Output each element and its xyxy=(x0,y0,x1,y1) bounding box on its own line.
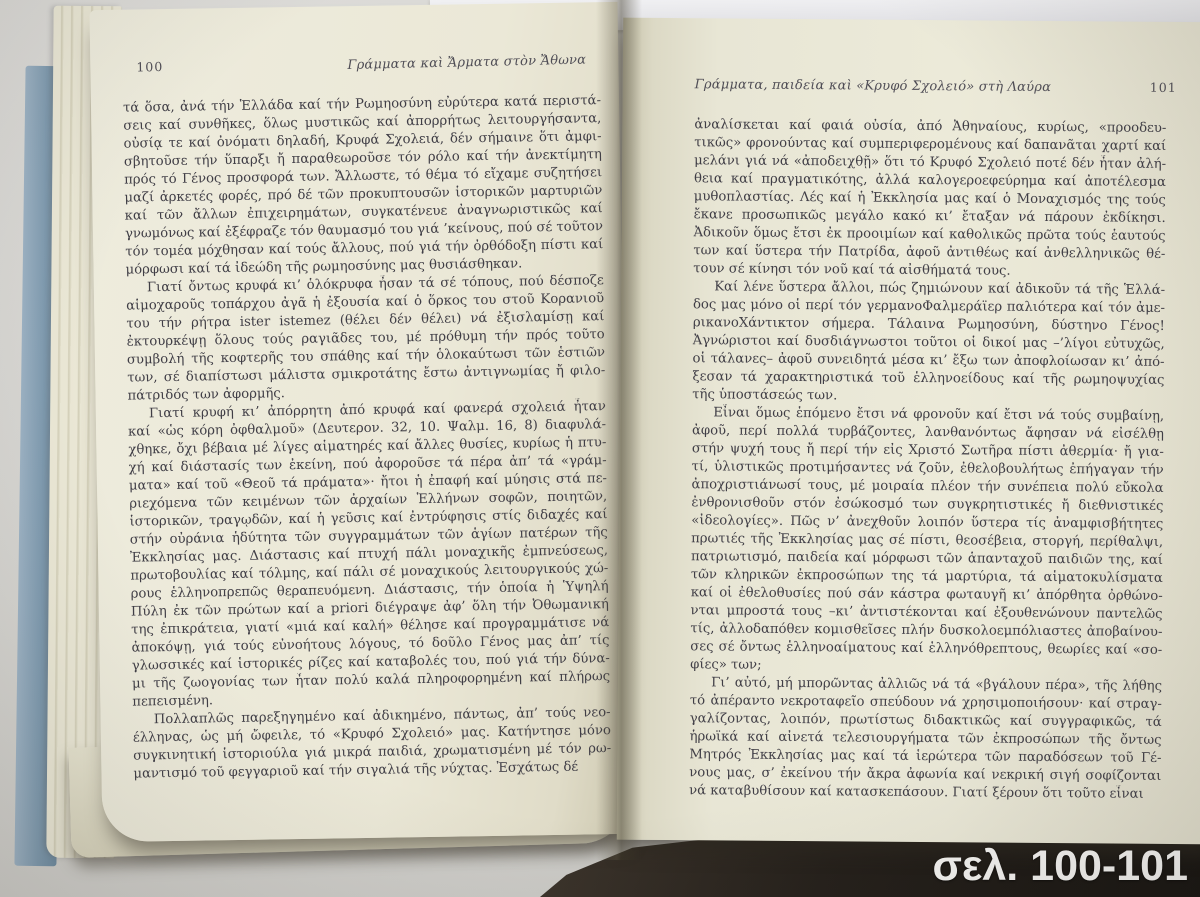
page-body-right: ἀναλίσκεται καί φαιά οὐσία, ἀπό Ἀθηναίου… xyxy=(689,116,1166,804)
paragraph: Γιατί ὄντως κρυφά κι’ ὁλόκρυφα ἦσαν τά σ… xyxy=(126,272,606,405)
paragraph: Εἶναι ὅμως ἑπόμενο ἔτσι νά φρονοῦν καί ἔ… xyxy=(690,404,1164,678)
book-photo: 100 Γράμματα καὶ Ἄρματα στὸν Ἄθωνα τά ὅσ… xyxy=(0,0,1200,897)
running-head-left: Γράμματα καὶ Ἄρματα στὸν Ἄθωνα xyxy=(347,53,586,73)
page-header-left: 100 Γράμματα καὶ Ἄρματα στὸν Ἄθωνα xyxy=(122,52,590,75)
book-page-left: 100 Γράμματα καὶ Ἄρματα στὸν Ἄθωνα τά ὅσ… xyxy=(89,2,630,842)
page-number-left: 100 xyxy=(136,59,163,74)
paragraph: Πολλαπλῶς παρεξηγημένο καί ἀδικημένο, πά… xyxy=(133,704,612,783)
paragraph: Καί λένε ὕστερα ἄλλοι, πώς ζημιώνουν καί… xyxy=(692,278,1165,408)
page-body-left: τά ὅσα, ἀνά τήν Ἑλλάδα καί τήν Ρωμηοσύνη… xyxy=(123,92,612,783)
paragraph: τά ὅσα, ἀνά τήν Ἑλλάδα καί τήν Ρωμηοσύνη… xyxy=(123,92,604,279)
running-head-right: Γράμματα, παιδεία καὶ «Κρυφό Σχολειό» στ… xyxy=(695,77,1051,95)
page-number-right: 101 xyxy=(1150,80,1183,95)
paragraph: ἀναλίσκεται καί φαιά οὐσία, ἀπό Ἀθηναίου… xyxy=(693,116,1166,282)
text-line: νά καταβυθίσουν καί κατασκεπάσουν. Γιατί… xyxy=(689,782,1161,804)
page-range-caption: σελ. 100-101 xyxy=(933,842,1188,891)
page-header-right: Γράμματα, παιδεία καὶ «Κρυφό Σχολειό» στ… xyxy=(695,76,1183,96)
book-page-right: Γράμματα, παιδεία καὶ «Κρυφό Σχολειό» στ… xyxy=(617,18,1200,845)
paragraph: Γιατί κρυφή κι’ ἀπόρρητη ἀπό κρυφά καί φ… xyxy=(128,398,611,711)
paragraph: Γι’ αὐτό, μή μπορῶντας ἀλλιῶς νά τά «βγά… xyxy=(689,674,1162,804)
